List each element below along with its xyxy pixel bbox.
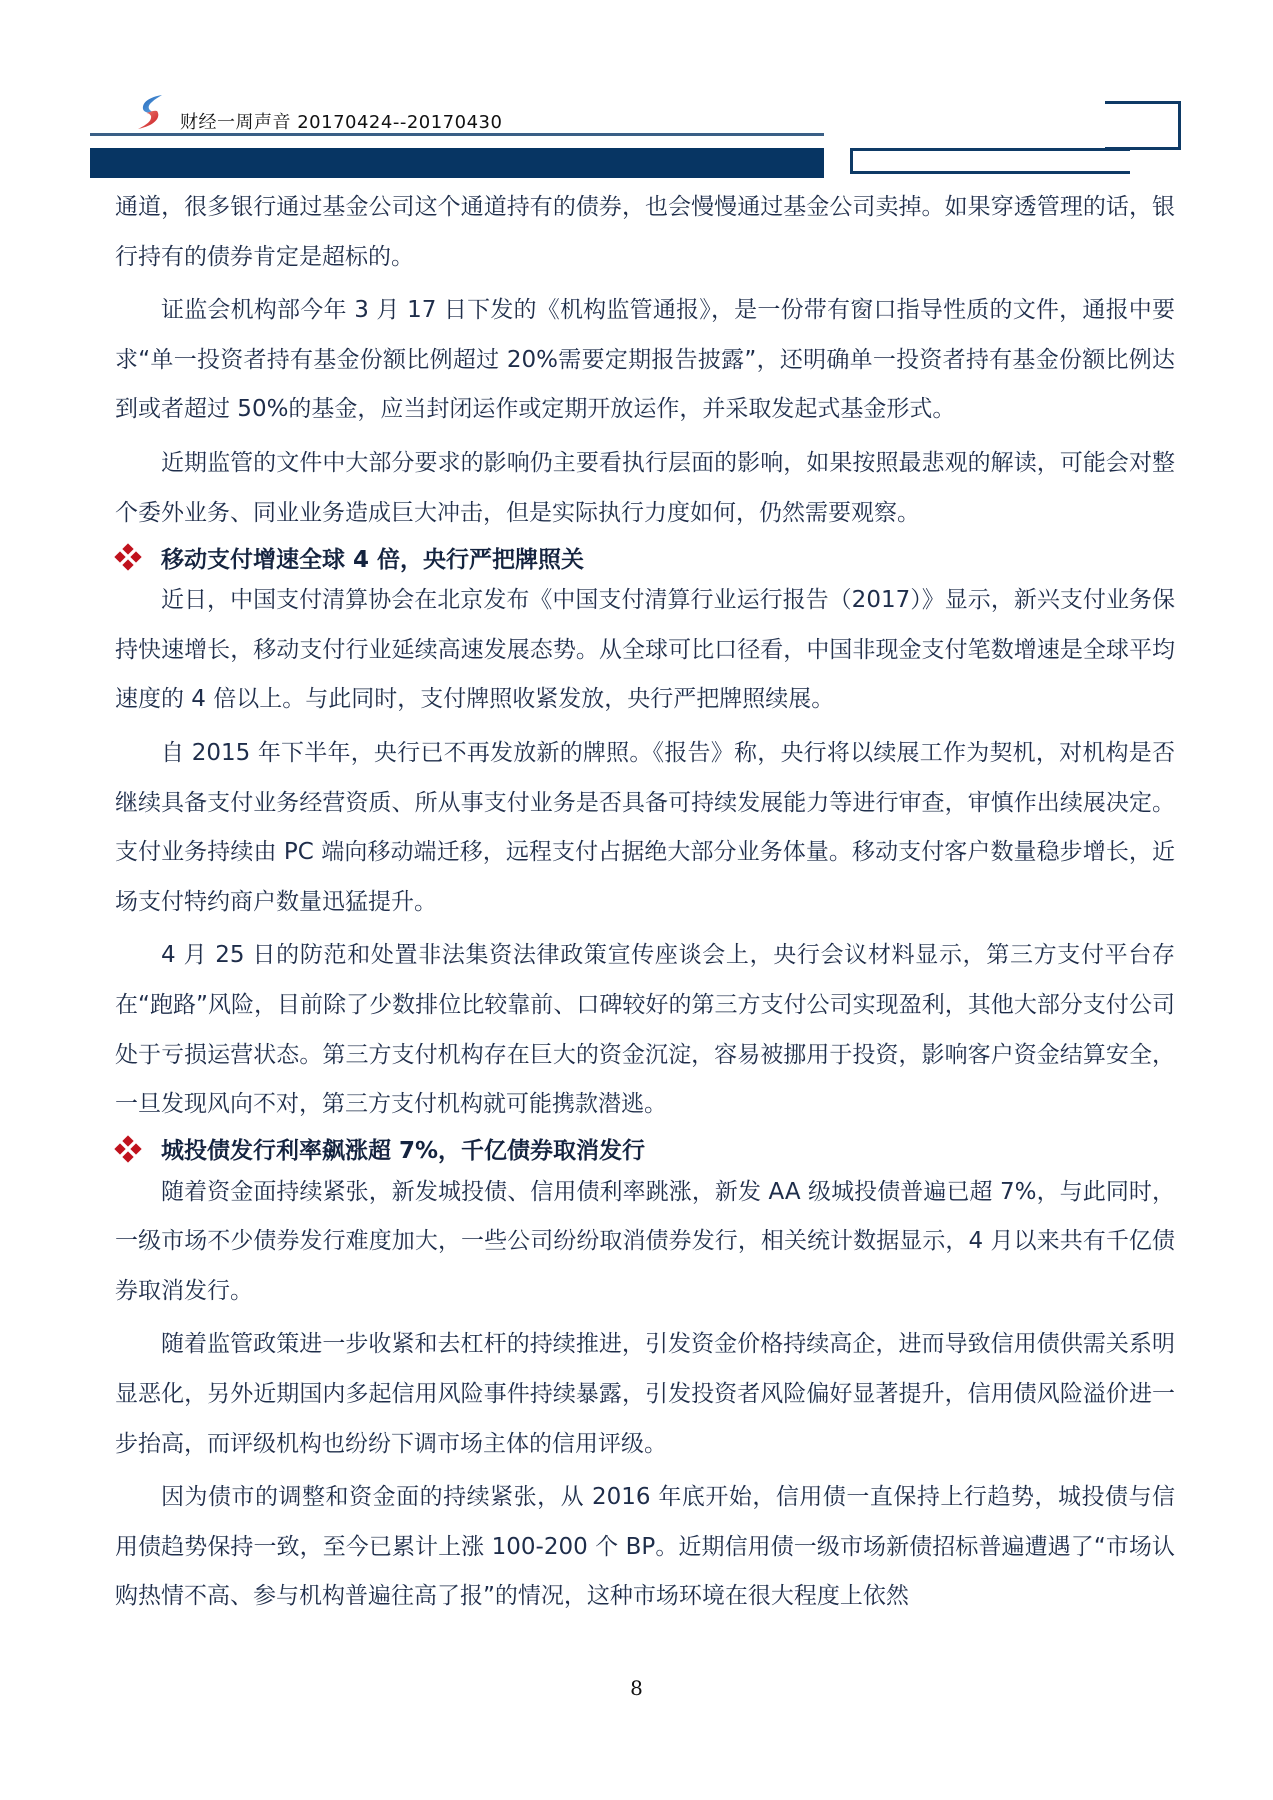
paragraph: 近期监管的文件中大部分要求的影响仍主要看执行层面的影响，如果按照最悲观的解读，可… xyxy=(115,439,1175,538)
s-swoosh-logo-icon xyxy=(136,94,166,130)
paragraph: 因为债市的调整和资金面的持续紧张，从 2016 年底开始，信用债一直保持上行趋势… xyxy=(115,1473,1175,1622)
header-frame-decoration xyxy=(850,148,1130,174)
section-title: 移动支付增速全球 4 倍，央行严把牌照关 xyxy=(161,541,584,574)
paragraph: 随着资金面持续紧张，新发城投债、信用债利率跳涨，新发 AA 级城投债普遍已超 7… xyxy=(115,1168,1175,1317)
paragraph: 近日，中国支付清算协会在北京发布《中国支付清算行业运行报告（2017）》显示，新… xyxy=(115,576,1175,725)
paragraph: 通道，很多银行通过基金公司这个通道持有的债券，也会慢慢通过基金公司卖掉。如果穿透… xyxy=(115,183,1175,282)
section-title: 城投债发行利率飙涨超 7%，千亿债券取消发行 xyxy=(161,1132,645,1165)
section-heading: 城投债发行利率飙涨超 7%，千亿债券取消发行 xyxy=(115,1130,1175,1168)
header-title: 财经一周声音 20170424--20170430 xyxy=(180,108,502,134)
paragraph: 证监会机构部今年 3 月 17 日下发的《机构监管通报》，是一份带有窗口指导性质… xyxy=(115,286,1175,435)
page-header: 财经一周声音 20170424--20170430 xyxy=(0,0,1273,180)
paragraph: 4 月 25 日的防范和处置非法集资法律政策宣传座谈会上，央行会议材料显示，第三… xyxy=(115,931,1175,1129)
header-bar xyxy=(90,148,824,178)
page-number: 8 xyxy=(0,1676,1273,1700)
red-diamond-bullet-icon xyxy=(115,1136,141,1162)
header-frame-decoration xyxy=(1105,101,1181,150)
red-diamond-bullet-icon xyxy=(115,544,141,570)
paragraph: 自 2015 年下半年，央行已不再发放新的牌照。《报告》称，央行将以续展工作为契… xyxy=(115,729,1175,927)
paragraph: 随着监管政策进一步收紧和去杠杆的持续推进，引发资金价格持续高企，进而导致信用债供… xyxy=(115,1320,1175,1469)
section-heading: 移动支付增速全球 4 倍，央行严把牌照关 xyxy=(115,538,1175,576)
document-body: 通道，很多银行通过基金公司这个通道持有的债券，也会慢慢通过基金公司卖掉。如果穿透… xyxy=(115,183,1175,1622)
header-rule xyxy=(90,133,824,136)
